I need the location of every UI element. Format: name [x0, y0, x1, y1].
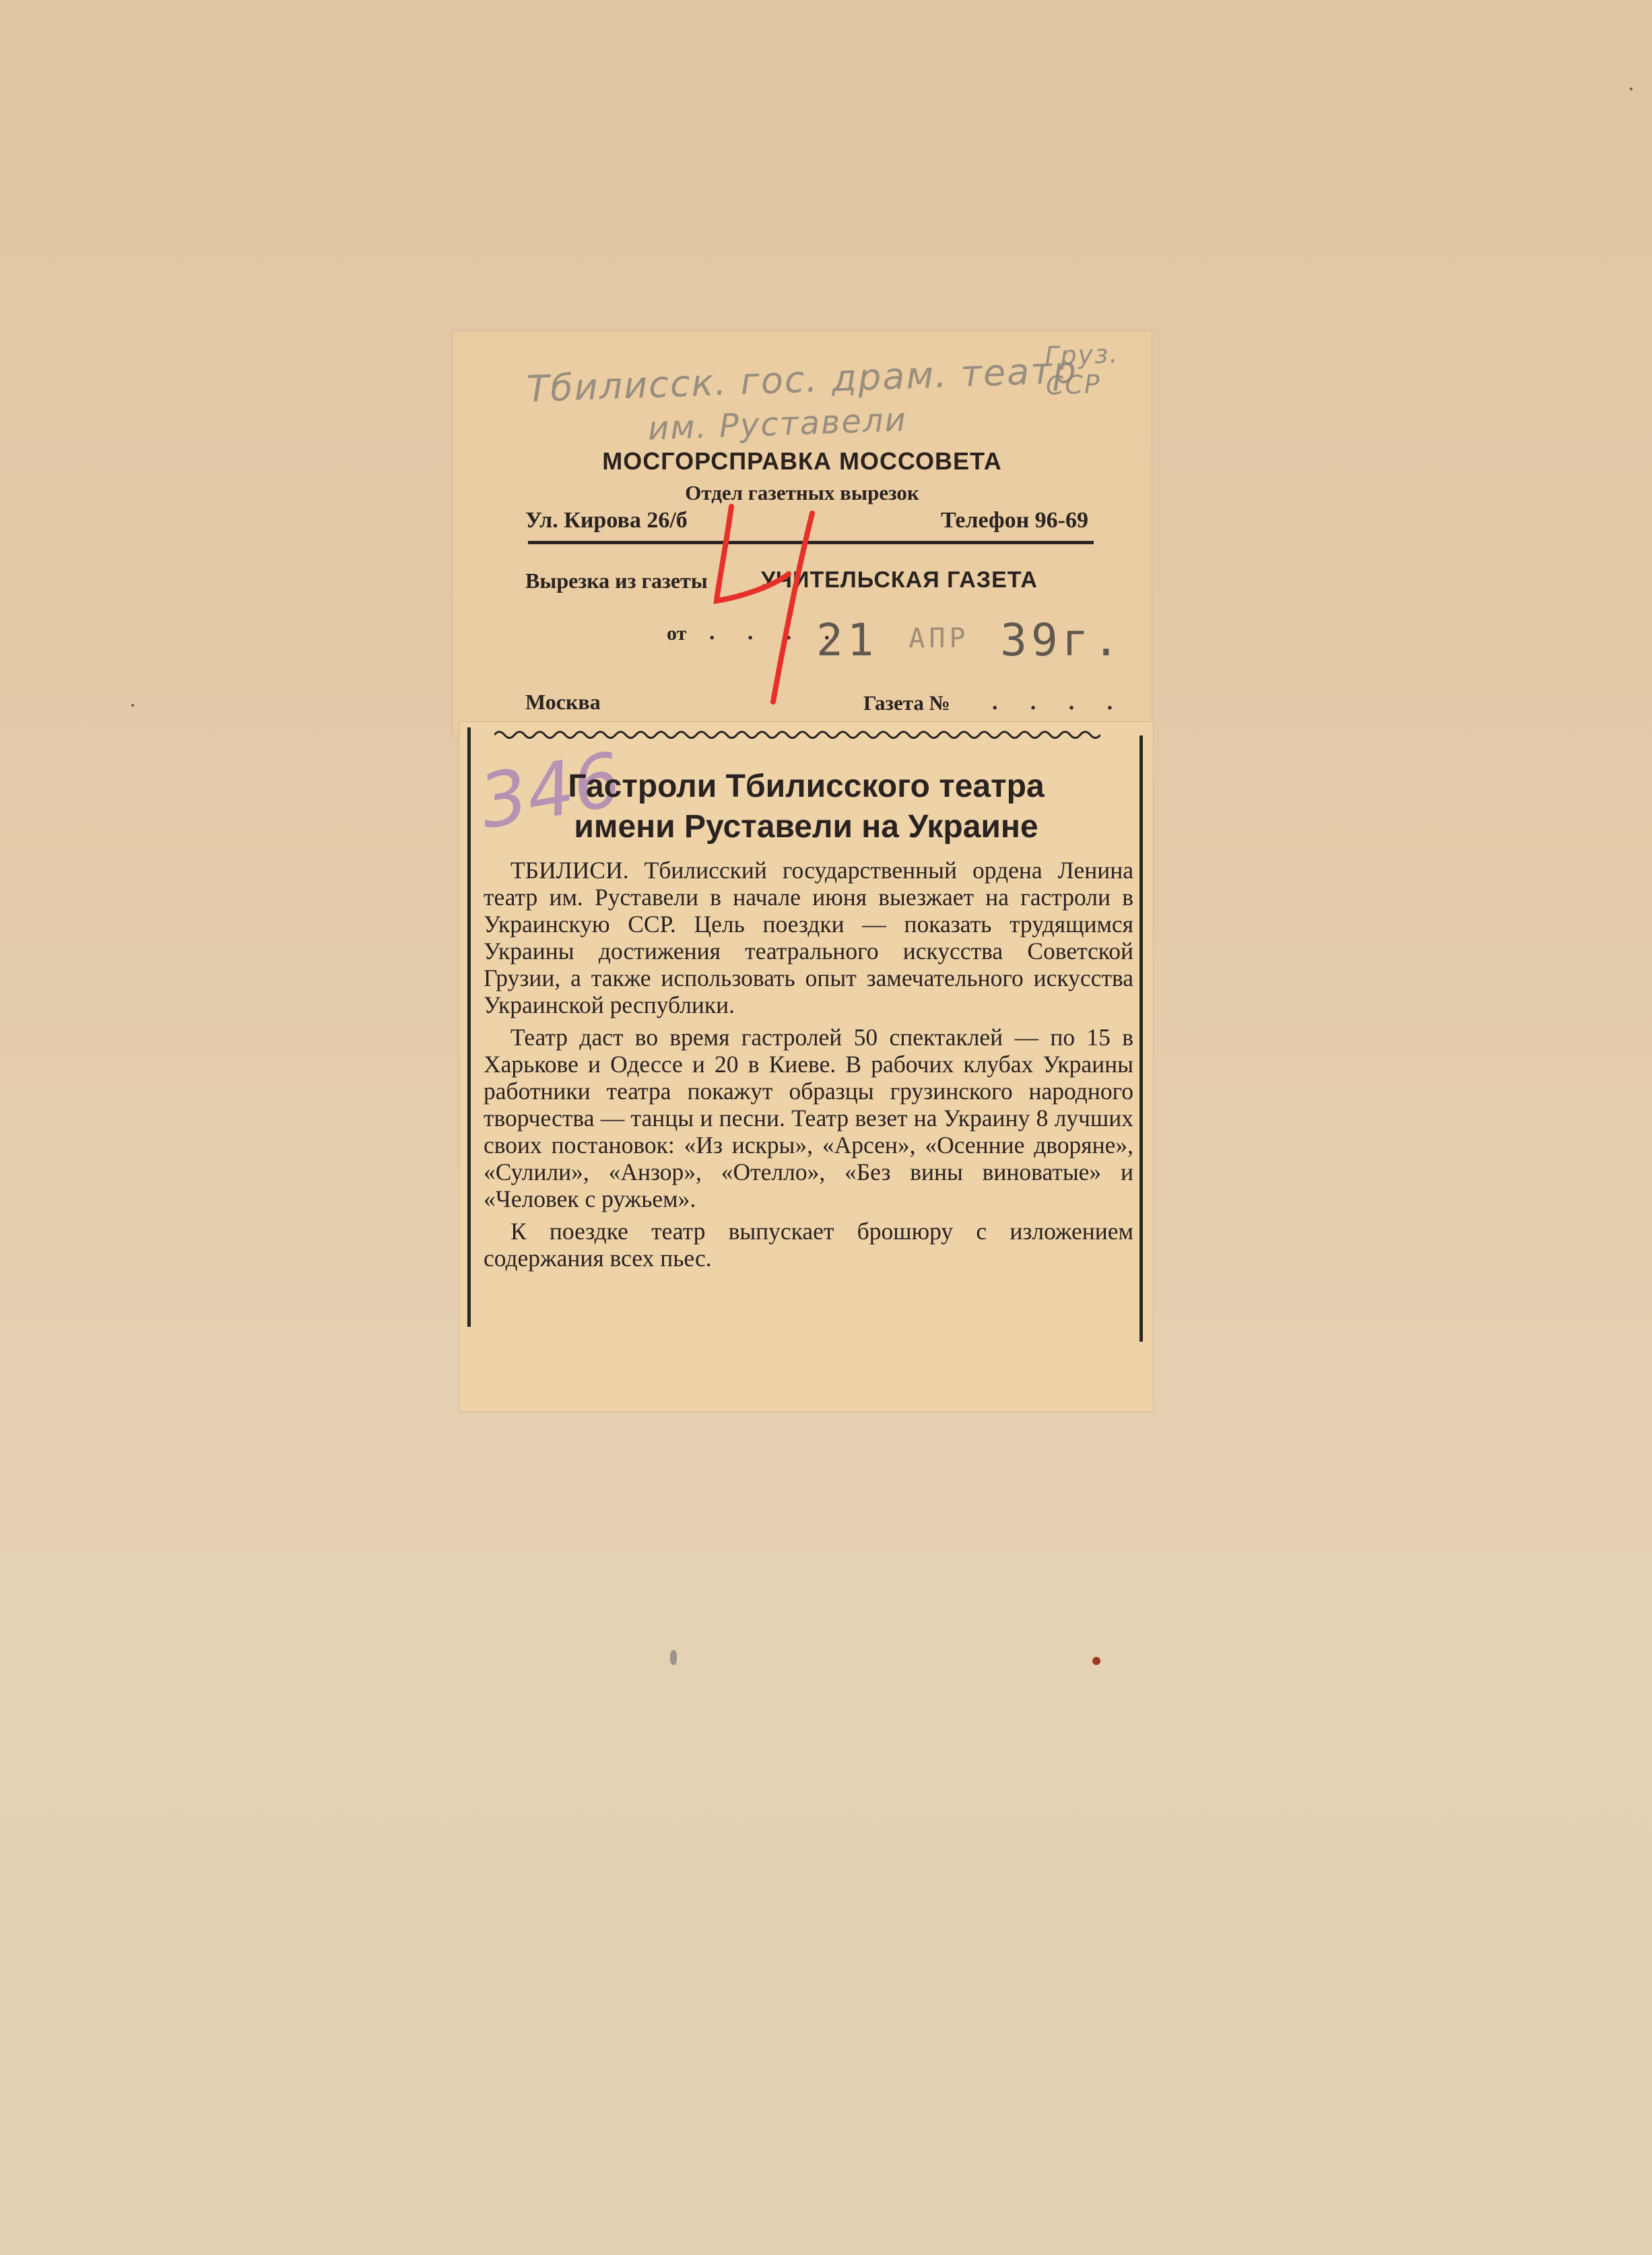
paper-speck [131, 704, 134, 707]
paper-speck [1092, 1657, 1100, 1665]
article-paragraph: Театр даст во время гастролей 50 спектак… [484, 1024, 1133, 1212]
headline-line2: имени Руставели на Украине [459, 807, 1153, 847]
address: Ул. Кирова 26/б [525, 508, 688, 533]
paper-speck [1630, 88, 1632, 90]
stamp-suffix: г. [1062, 614, 1123, 666]
red-pencil-mark-icon [711, 500, 819, 709]
headline-line1: Гастроли Тбилисского театра [459, 766, 1153, 807]
article-paragraph: ТБИЛИСИ. Тбилисский государственный орде… [484, 857, 1133, 1018]
organization-name: МОСГОРСПРАВКА МОССОВЕТА [453, 447, 1152, 476]
article-body: ТБИЛИСИ. Тбилисский государственный орде… [484, 857, 1133, 1277]
paper-speck [670, 1650, 677, 1665]
clipping-service-slip: Тбилисск. гос. драм. театр им. Руставели… [453, 331, 1152, 736]
date-stamp: 21 АПР 39г. [816, 614, 1123, 666]
pencil-note-line2: им. Руставели [647, 401, 907, 447]
date-label: от [667, 622, 686, 645]
issue-number-label: Газета № [863, 691, 950, 715]
newspaper-article-clipping: 346 Гастроли Тбилисского театра имени Ру… [459, 722, 1153, 1412]
pencil-note-corner: Груз. ССР [1045, 337, 1153, 400]
pencil-note-line1: Тбилисск. гос. драм. театр [526, 349, 1078, 411]
wavy-rule [494, 729, 1100, 741]
article-paragraph: К поездке театр выпускает брошюру с изло… [484, 1218, 1133, 1272]
stamp-month: АПР [908, 623, 969, 654]
issue-dots: . . . . [991, 691, 1125, 715]
city: Москва [525, 690, 601, 715]
phone: Телефон 96-69 [941, 508, 1088, 533]
article-headline: Гастроли Тбилисского театра имени Рустав… [459, 766, 1153, 847]
stamp-day: 21 [816, 614, 878, 666]
stamp-year: 39 [1000, 614, 1061, 666]
cut-from-label: Вырезка из газеты [525, 568, 708, 593]
